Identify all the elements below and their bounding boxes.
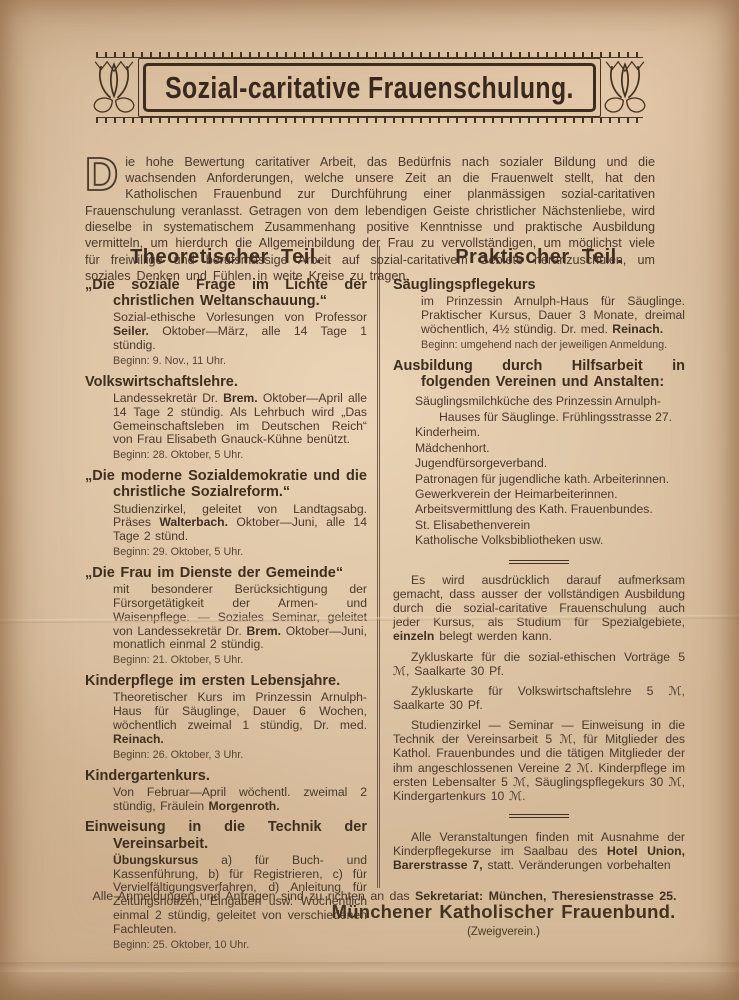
list-item: St. Elisabethenverein: [415, 518, 685, 533]
aid-heading: Ausbildung durch Hilfsarbeit in folgende…: [393, 358, 685, 390]
organization-block: Münchener Katholischer Frauenbund. (Zwei…: [290, 901, 717, 938]
dropcap-letter: D: [85, 154, 125, 192]
course-description: Von Februar—April wöchentl. zweimal 2 st…: [113, 786, 367, 814]
theoretical-column: Theoretischer Teil. „Die soziale Frage i…: [85, 246, 377, 888]
floral-ornament-icon: [601, 55, 649, 120]
fee-paragraph: Zykluskarte für die sozial-ethischen Vor…: [393, 650, 685, 678]
title-frame-outer: Sozial-caritative Frauenschulung.: [138, 58, 601, 117]
list-item: Jugendfürsorgeverband.: [415, 456, 685, 471]
floral-ornament-icon: [90, 55, 138, 120]
course-title: Einweisung in die Technik der Vereinsarb…: [85, 819, 367, 851]
two-column-body: Theoretischer Teil. „Die soziale Frage i…: [85, 246, 685, 888]
course-start-date: Beginn: umgehend nach der jeweiligen Anm…: [421, 338, 685, 352]
course-description: mit besonderer Berücksichtigung der Fürs…: [113, 583, 367, 652]
course-title: Volkswirtschaftslehre.: [85, 374, 367, 390]
page-title: Sozial-caritative Frauenschulung.: [165, 70, 574, 106]
course-entry: Kindergartenkurs. Von Februar—April wöch…: [85, 768, 367, 814]
institutions-list: Säuglingsmilchküche des Prinzessin Arnul…: [393, 394, 685, 549]
title-banner: Sozial-caritative Frauenschulung.: [94, 54, 645, 121]
practical-column: Praktischer Teil. Säuglingspflegekurs im…: [380, 246, 685, 888]
course-entry: Säuglingspflegekurs im Prinzessin Arnulp…: [393, 277, 685, 352]
list-item: Katholische Volksbibliotheken usw.: [415, 533, 685, 548]
course-description: im Prinzessin Arnulph-Haus für Säuglinge…: [421, 295, 685, 336]
course-start-date: Beginn: 29. Oktober, 5 Uhr.: [113, 545, 367, 559]
course-description: Landessekretär Dr. Brem. Oktober—April a…: [113, 392, 367, 447]
list-item: Säuglingsmilchküche des Prinzessin Arnul…: [415, 394, 685, 425]
course-title: „Die Frau im Dienste der Gemeinde“: [85, 565, 367, 581]
course-title: „Die moderne Sozialdemokratie und die ch…: [85, 468, 367, 500]
course-entry: Volkswirtschaftslehre. Landessekretär Dr…: [85, 374, 367, 462]
paper-bottom-crease: [0, 962, 739, 972]
scanned-leaflet-page: Sozial-caritative Frauenschulung. Die ho…: [0, 0, 739, 1000]
course-title: Kinderpflege im ersten Lebensjahre.: [85, 673, 367, 689]
organization-branch: (Zweigverein.): [290, 926, 717, 938]
venue-paragraph: Alle Veranstaltungen finden mit Ausnahme…: [393, 830, 685, 872]
fee-paragraph: Zykluskarte für Volkswirtschaftslehre 5 …: [393, 684, 685, 712]
course-start-date: Beginn: 26. Oktober, 3 Uhr.: [113, 748, 367, 762]
course-title: „Die soziale Frage im Lichte der christl…: [85, 277, 367, 309]
course-entry: Kinderpflege im ersten Lebensjahre. Theo…: [85, 673, 367, 761]
aid-section: Ausbildung durch Hilfsarbeit in folgende…: [393, 358, 685, 549]
course-title: Säuglingspflegekurs: [393, 277, 685, 293]
organization-name: Münchener Katholischer Frauenbund.: [290, 901, 717, 923]
course-title: Kindergartenkurs.: [85, 768, 367, 784]
course-start-date: Beginn: 25. Oktober, 10 Uhr.: [113, 938, 367, 952]
section-divider-rule: [509, 560, 569, 564]
course-description: Theoretischer Kurs im Prinzessin Arnulph…: [113, 691, 367, 746]
theoretical-heading: Theoretischer Teil.: [85, 246, 367, 269]
list-item: Patronagen für jugendliche kath. Arbeite…: [415, 472, 685, 487]
course-start-date: Beginn: 28. Oktober, 5 Uhr.: [113, 448, 367, 462]
course-start-date: Beginn: 9. Nov., 11 Uhr.: [113, 354, 367, 368]
title-frame-inner: Sozial-caritative Frauenschulung.: [143, 63, 596, 112]
course-entry: „Die Frau im Dienste der Gemeinde“ mit b…: [85, 565, 367, 667]
course-entry: „Die moderne Sozialdemokratie und die ch…: [85, 468, 367, 559]
course-entry: „Die soziale Frage im Lichte der christl…: [85, 277, 367, 368]
list-item: Mädchenhort.: [415, 441, 685, 456]
course-description: Studienzirkel, geleitet von Landtagsabg.…: [113, 503, 367, 544]
list-item: Gewerkverein der Heimarbeiterinnen.: [415, 487, 685, 502]
banner-tick-border-bottom: [96, 117, 643, 123]
course-description: Sozial-ethische Vorlesungen von Professo…: [113, 311, 367, 352]
notice-paragraph: Es wird ausdrücklich darauf aufmerksam g…: [393, 573, 685, 644]
fee-paragraph: Studienzirkel — Seminar — Einweisung in …: [393, 718, 685, 803]
list-item: Arbeitsvermittlung des Kath. Frauenbunde…: [415, 502, 685, 517]
course-start-date: Beginn: 21. Oktober, 5 Uhr.: [113, 653, 367, 667]
section-divider-rule: [509, 814, 569, 818]
list-item: Kinderheim.: [415, 425, 685, 440]
practical-heading: Praktischer Teil.: [393, 246, 685, 269]
